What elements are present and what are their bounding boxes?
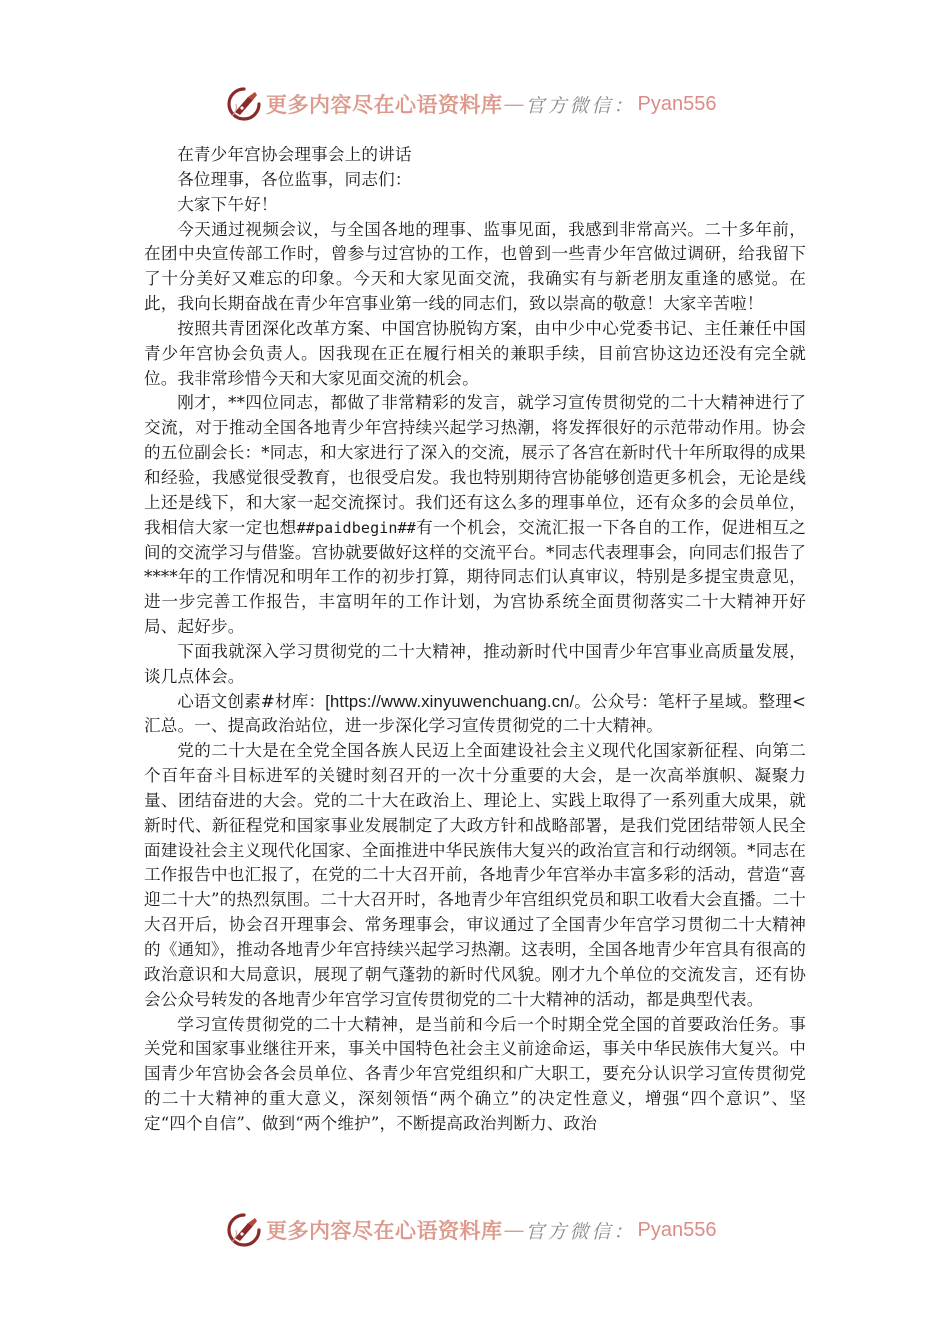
watermark-banner-top: 更多内容尽在心语资料库 — 官方微信： Pyan556 bbox=[226, 84, 726, 124]
watermark-wechat-id: Pyan556 bbox=[638, 93, 717, 116]
paragraph-5-part1: 心语文创素#材库： bbox=[177, 692, 325, 711]
watermark-wechat-id: Pyan556 bbox=[638, 1219, 717, 1242]
paragraph-4: 下面我就深入学习贯彻党的二十大精神，推动新时代中国青少年宫事业高质量发展，谈几点… bbox=[144, 640, 806, 690]
paid-marker: ##paidbegin## bbox=[297, 519, 416, 537]
paragraph-5: 心语文创素#材库：[https://www.xinyuwenchuang.cn/… bbox=[144, 690, 806, 740]
document-title: 在青少年宫协会理事会上的讲话 bbox=[144, 143, 806, 168]
watermark-dash: — bbox=[504, 1218, 525, 1242]
paragraph-7: 学习宣传贯彻党的二十大精神，是当前和今后一个时期全党全国的首要政治任务。事关党和… bbox=[144, 1013, 806, 1137]
watermark-label: 官方微信： bbox=[526, 91, 636, 118]
greeting: 大家下午好！ bbox=[144, 193, 806, 218]
paragraph-2: 按照共青团深化改革方案、中国宫协脱钩方案，由中少中心党委书记、主任兼任中国青少年… bbox=[144, 317, 806, 392]
salutation: 各位理事，各位监事，同志们： bbox=[144, 168, 806, 193]
paragraph-3: 刚才，**四位同志，都做了非常精彩的发言，就学习宣传贯彻党的二十大精神进行了交流… bbox=[144, 391, 806, 639]
source-url: [https://www.xinyuwenchuang.cn/ bbox=[325, 692, 574, 711]
watermark-banner-bottom: 更多内容尽在心语资料库 — 官方微信： Pyan556 bbox=[226, 1210, 726, 1250]
quill-pen-circle-icon bbox=[226, 86, 262, 122]
watermark-main-text: 更多内容尽在心语资料库 bbox=[266, 89, 503, 119]
watermark-dash: — bbox=[504, 92, 525, 116]
document-body: 在青少年宫协会理事会上的讲话 各位理事，各位监事，同志们： 大家下午好！ 今天通… bbox=[144, 143, 806, 1137]
paragraph-3-part1: 刚才，**四位同志，都做了非常精彩的发言，就学习宣传贯彻党的二十大精神进行了交流… bbox=[144, 393, 806, 536]
watermark-main-text: 更多内容尽在心语资料库 bbox=[266, 1215, 503, 1245]
watermark-label: 官方微信： bbox=[526, 1217, 636, 1244]
paragraph-1: 今天通过视频会议，与全国各地的理事、监事见面，我感到非常高兴。二十多年前，在团中… bbox=[144, 218, 806, 317]
quill-pen-circle-icon bbox=[226, 1212, 262, 1248]
paragraph-6: 党的二十大是在全党全国各族人民迈上全面建设社会主义现代化国家新征程、向第二个百年… bbox=[144, 739, 806, 1012]
